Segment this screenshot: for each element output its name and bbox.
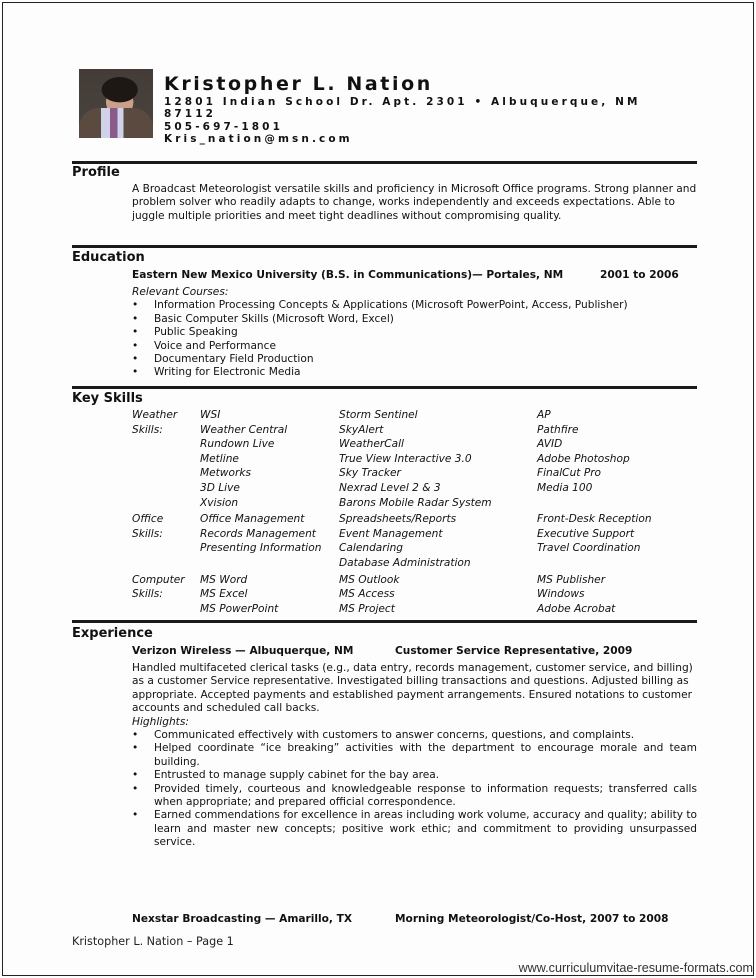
skill-group-label: OfficeSkills: [132, 512, 198, 541]
skill-item: SkyAlert [339, 423, 537, 438]
skill-group-label: WeatherSkills: [132, 408, 198, 437]
highlights-label: Highlights: [132, 716, 697, 729]
skill-item: Media 100 [537, 481, 697, 496]
skill-item: Weather Central [200, 423, 336, 438]
skill-item: Adobe Photoshop [537, 452, 697, 467]
address-line-1: 12801 Indian School Dr. Apt. 2301 • Albu… [164, 96, 641, 108]
address-line-2: 87112 [164, 108, 641, 120]
skill-item: Records Management [200, 527, 336, 542]
skill-item: Pathfire [537, 423, 697, 438]
job-employer: Nexstar Broadcasting — Amarillo, TX [132, 913, 352, 925]
skill-item: Barons Mobile Radar System [339, 496, 537, 511]
highlight-item: Helped coordinate “ice breaking” activit… [132, 742, 697, 769]
job-role: Morning Meteorologist/Co-Host, 2007 to 2… [395, 913, 669, 925]
skill-item: MS PowerPoint [200, 602, 336, 617]
skill-item: WeatherCall [339, 437, 537, 452]
section-title-profile: Profile [72, 165, 120, 180]
skill-item: Office Management [200, 512, 336, 527]
courses-label: Relevant Courses: [132, 286, 697, 299]
email[interactable]: Kris_nation@msn.com [164, 133, 641, 145]
candidate-name: Kristopher L. Nation [164, 73, 433, 95]
skill-item: Presenting Information [200, 541, 336, 556]
skill-item: MS Word [200, 573, 336, 588]
education-dates: 2001 to 2006 [600, 269, 679, 281]
skill-item: Windows [537, 587, 697, 602]
contact-block: 12801 Indian School Dr. Apt. 2301 • Albu… [164, 96, 641, 145]
course-item: Information Processing Concepts & Applic… [132, 299, 697, 312]
skill-column: Storm SentinelSkyAlertWeatherCallTrue Vi… [339, 408, 537, 510]
skill-item: Metworks [200, 466, 336, 481]
course-item: Basic Computer Skills (Microsoft Word, E… [132, 313, 697, 326]
skill-item: Storm Sentinel [339, 408, 537, 423]
skill-item: Executive Support [537, 527, 697, 542]
skill-group: OfficeSkills:Office ManagementRecords Ma… [132, 512, 697, 571]
section-title-experience: Experience [72, 626, 153, 641]
job-employer: Verizon Wireless — Albuquerque, NM [132, 645, 353, 657]
skill-column: Spreadsheets/ReportsEvent ManagementCale… [339, 512, 537, 570]
section-divider [72, 161, 697, 164]
skill-item: WSI [200, 408, 336, 423]
profile-summary: A Broadcast Meteorologist versatile skil… [132, 183, 697, 223]
photo-jacket [79, 108, 153, 138]
phone: 505-697-1801 [164, 121, 641, 133]
highlight-item: Provided timely, courteous and knowledge… [132, 783, 697, 810]
skill-column: Office ManagementRecords ManagementPrese… [200, 512, 336, 556]
skill-item: Database Administration [339, 556, 537, 571]
highlight-item: Entrusted to manage supply cabinet for t… [132, 769, 697, 782]
skill-item: 3D Live [200, 481, 336, 496]
skill-item: Xvision [200, 496, 336, 511]
skill-item: Travel Coordination [537, 541, 697, 556]
skill-column: MS OutlookMS AccessMS Project [339, 573, 537, 617]
skill-column: Front-Desk ReceptionExecutive SupportTra… [537, 512, 697, 556]
skill-item: Sky Tracker [339, 466, 537, 481]
skill-item: True View Interactive 3.0 [339, 452, 537, 467]
skill-item: AVID [537, 437, 697, 452]
course-item: Documentary Field Production [132, 353, 697, 366]
skill-column: MS PublisherWindowsAdobe Acrobat [537, 573, 697, 617]
skill-item: AP [537, 408, 697, 423]
skill-column: APPathfireAVIDAdobe PhotoshopFinalCut Pr… [537, 408, 697, 496]
skill-item: MS Excel [200, 587, 336, 602]
skill-item: Spreadsheets/Reports [339, 512, 537, 527]
skill-column: WSIWeather CentralRundown LiveMetlineMet… [200, 408, 336, 510]
skill-item: Metline [200, 452, 336, 467]
skill-item: MS Project [339, 602, 537, 617]
course-item: Writing for Electronic Media [132, 366, 697, 379]
skill-item: Front-Desk Reception [537, 512, 697, 527]
job-details: Handled multifaceted clerical tasks (e.g… [132, 662, 697, 850]
highlight-item: Earned commendations for excellence in a… [132, 809, 697, 849]
skill-item: FinalCut Pro [537, 466, 697, 481]
job-description: Handled multifaceted clerical tasks (e.g… [132, 662, 697, 716]
section-title-key-skills: Key Skills [72, 391, 143, 406]
page-footer: Kristopher L. Nation – Page 1 [72, 935, 234, 948]
skill-group: ComputerSkills:MS WordMS ExcelMS PowerPo… [132, 573, 697, 618]
skill-item: Adobe Acrobat [537, 602, 697, 617]
section-title-education: Education [72, 250, 145, 265]
course-item: Voice and Performance [132, 340, 697, 353]
skill-item: Calendaring [339, 541, 537, 556]
watermark-link[interactable]: www.curriculumvitae-resume-formats.com [519, 961, 753, 975]
education-courses: Relevant Courses: Information Processing… [132, 286, 697, 380]
skill-group: WeatherSkills:WSIWeather CentralRundown … [132, 408, 697, 511]
job-role: Customer Service Representative, 2009 [395, 645, 632, 657]
headshot-photo [79, 69, 153, 138]
courses-list: Information Processing Concepts & Applic… [132, 299, 697, 379]
skill-group-label: ComputerSkills: [132, 573, 198, 602]
skill-item: MS Publisher [537, 573, 697, 588]
highlights-list: Communicated effectively with customers … [132, 729, 697, 850]
skill-column: MS WordMS ExcelMS PowerPoint [200, 573, 336, 617]
key-skills-grid: WeatherSkills:WSIWeather CentralRundown … [132, 408, 697, 618]
section-divider [72, 245, 697, 248]
skill-item: Event Management [339, 527, 537, 542]
education-school: Eastern New Mexico University (B.S. in C… [132, 269, 563, 281]
skill-item: Nexrad Level 2 & 3 [339, 481, 537, 496]
section-divider [72, 620, 697, 623]
skill-item: Rundown Live [200, 437, 336, 452]
course-item: Public Speaking [132, 326, 697, 339]
skill-item: MS Outlook [339, 573, 537, 588]
section-divider [72, 386, 697, 389]
highlight-item: Communicated effectively with customers … [132, 729, 697, 742]
skill-item: MS Access [339, 587, 537, 602]
